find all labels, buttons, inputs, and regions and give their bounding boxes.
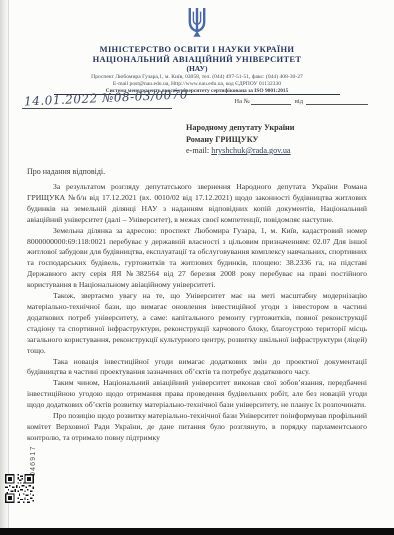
paragraph: Таким чином, Національний авіаційний уні… [27, 378, 367, 411]
paragraph: Також, звертаємо увагу на те, що Універс… [27, 291, 367, 356]
scanned-letter-page: МІНІСТЕРСТВО ОСВІТИ І НАУКИ УКРАЇНИ НАЦІ… [0, 0, 394, 535]
ukraine-trident-icon [185, 6, 209, 47]
reply-to-label: На № [234, 98, 249, 105]
addressee-block: Народному депутату України Роману ГРИЩУК… [186, 122, 294, 157]
ministry-name: МІНІСТЕРСТВО ОСВІТИ І НАУКИ УКРАЇНИ [0, 44, 394, 54]
paragraph: Земельна ділянка за адресою: проспект Лю… [27, 226, 367, 291]
reply-number-blank [251, 98, 291, 105]
paragraph: Така новація інвестиційної угоди вимагає… [27, 357, 367, 379]
paragraph: Про позицію щодо розвитку матеріально-те… [27, 411, 367, 444]
scan-bottom-bar [0, 528, 394, 535]
subject-line: Про надання відповіді. [27, 167, 105, 176]
addressee-email-line: e-mail: hryshchuk@rada.gov.ua [186, 145, 294, 157]
date-number-blank-line [22, 108, 172, 109]
university-abbreviation: (НАУ) [0, 64, 394, 73]
paragraph: За результатом розгляду депутатського зв… [27, 182, 367, 226]
qr-code-icon [5, 474, 34, 508]
registration-number: 046917 [30, 445, 37, 476]
addressee-title: Народному депутату України [186, 122, 294, 134]
email-address: hryshchuk@rada.gov.ua [211, 146, 290, 155]
university-name: НАЦІОНАЛЬНИЙ АВІАЦІЙНИЙ УНІВЕРСИТЕТ [0, 54, 394, 64]
email-label: e-mail: [186, 146, 209, 155]
addressee-name: Роману ГРИЩУКУ [186, 134, 294, 146]
letterhead-address-line: Проспект Любомира Гузара,1, м. Київ, 030… [0, 74, 394, 80]
letter-body: За результатом розгляду депутатського зв… [27, 182, 367, 444]
letterhead-contact-line: E-mail post@nau.edu.ua, Http://www.nau.e… [0, 81, 394, 87]
reply-reference-line: На №від [234, 98, 368, 105]
reply-date-blank [306, 98, 368, 105]
reply-from-label: від [295, 98, 303, 105]
